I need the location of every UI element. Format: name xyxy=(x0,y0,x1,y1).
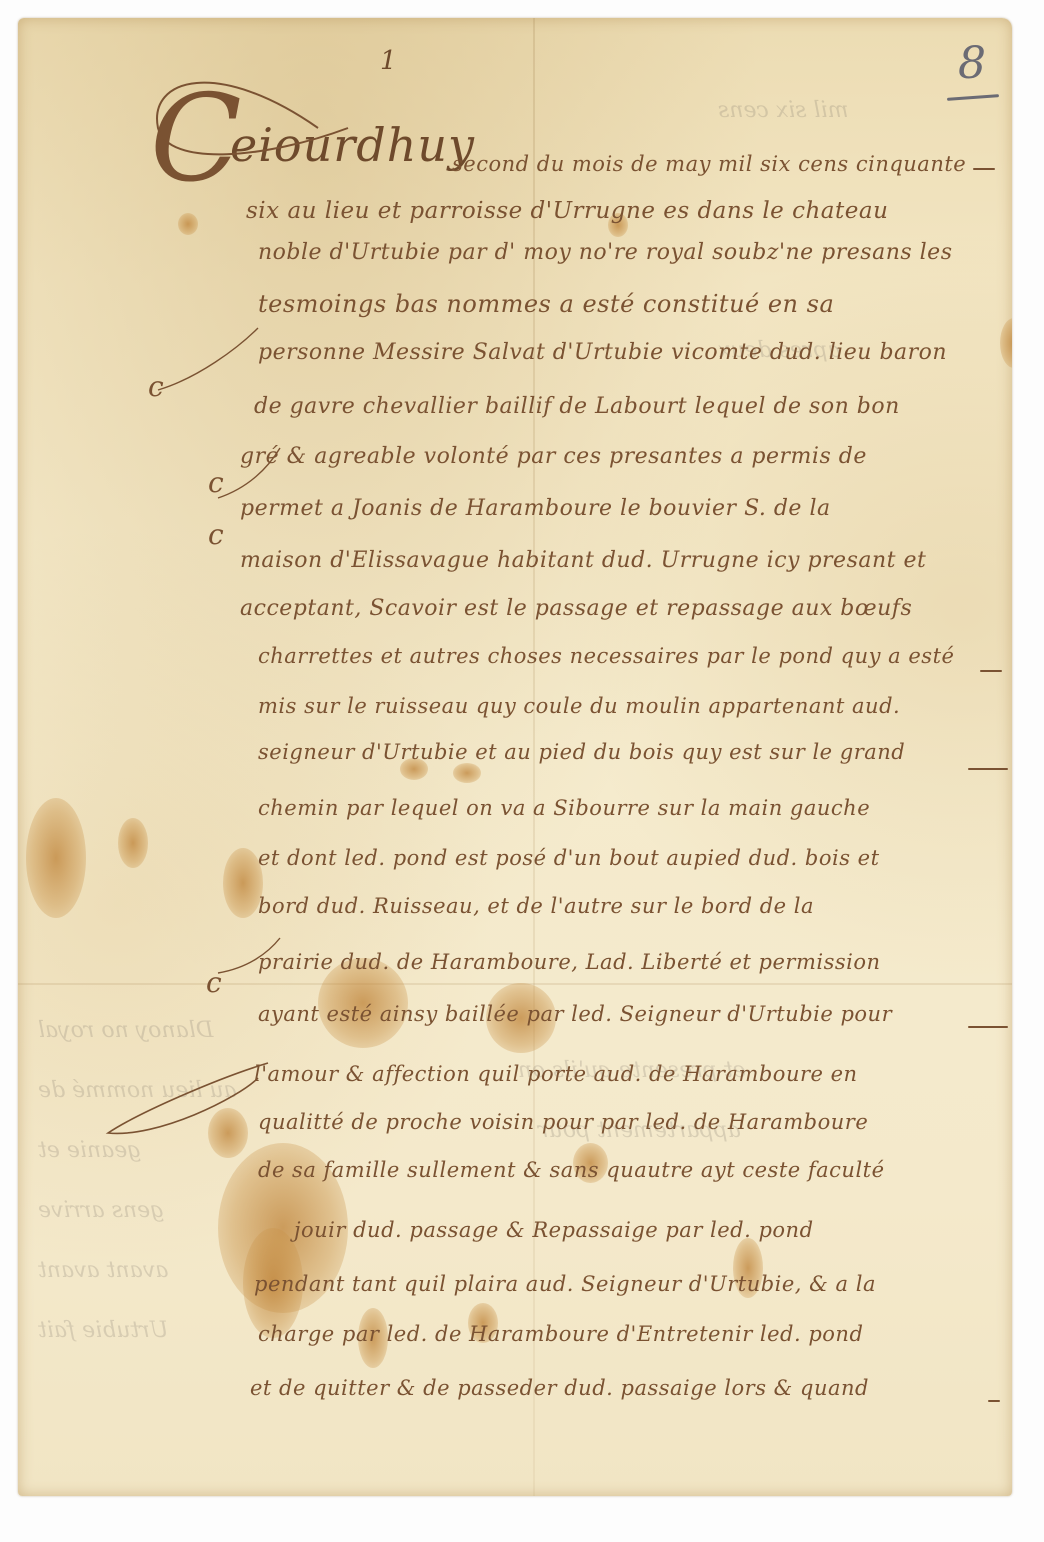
scanned-page: Dlanoy no royal au lieu nommé de geanie … xyxy=(0,0,1044,1542)
pen-flourishes xyxy=(18,18,1012,1496)
manuscript-paper: Dlanoy no royal au lieu nommé de geanie … xyxy=(18,18,1012,1496)
